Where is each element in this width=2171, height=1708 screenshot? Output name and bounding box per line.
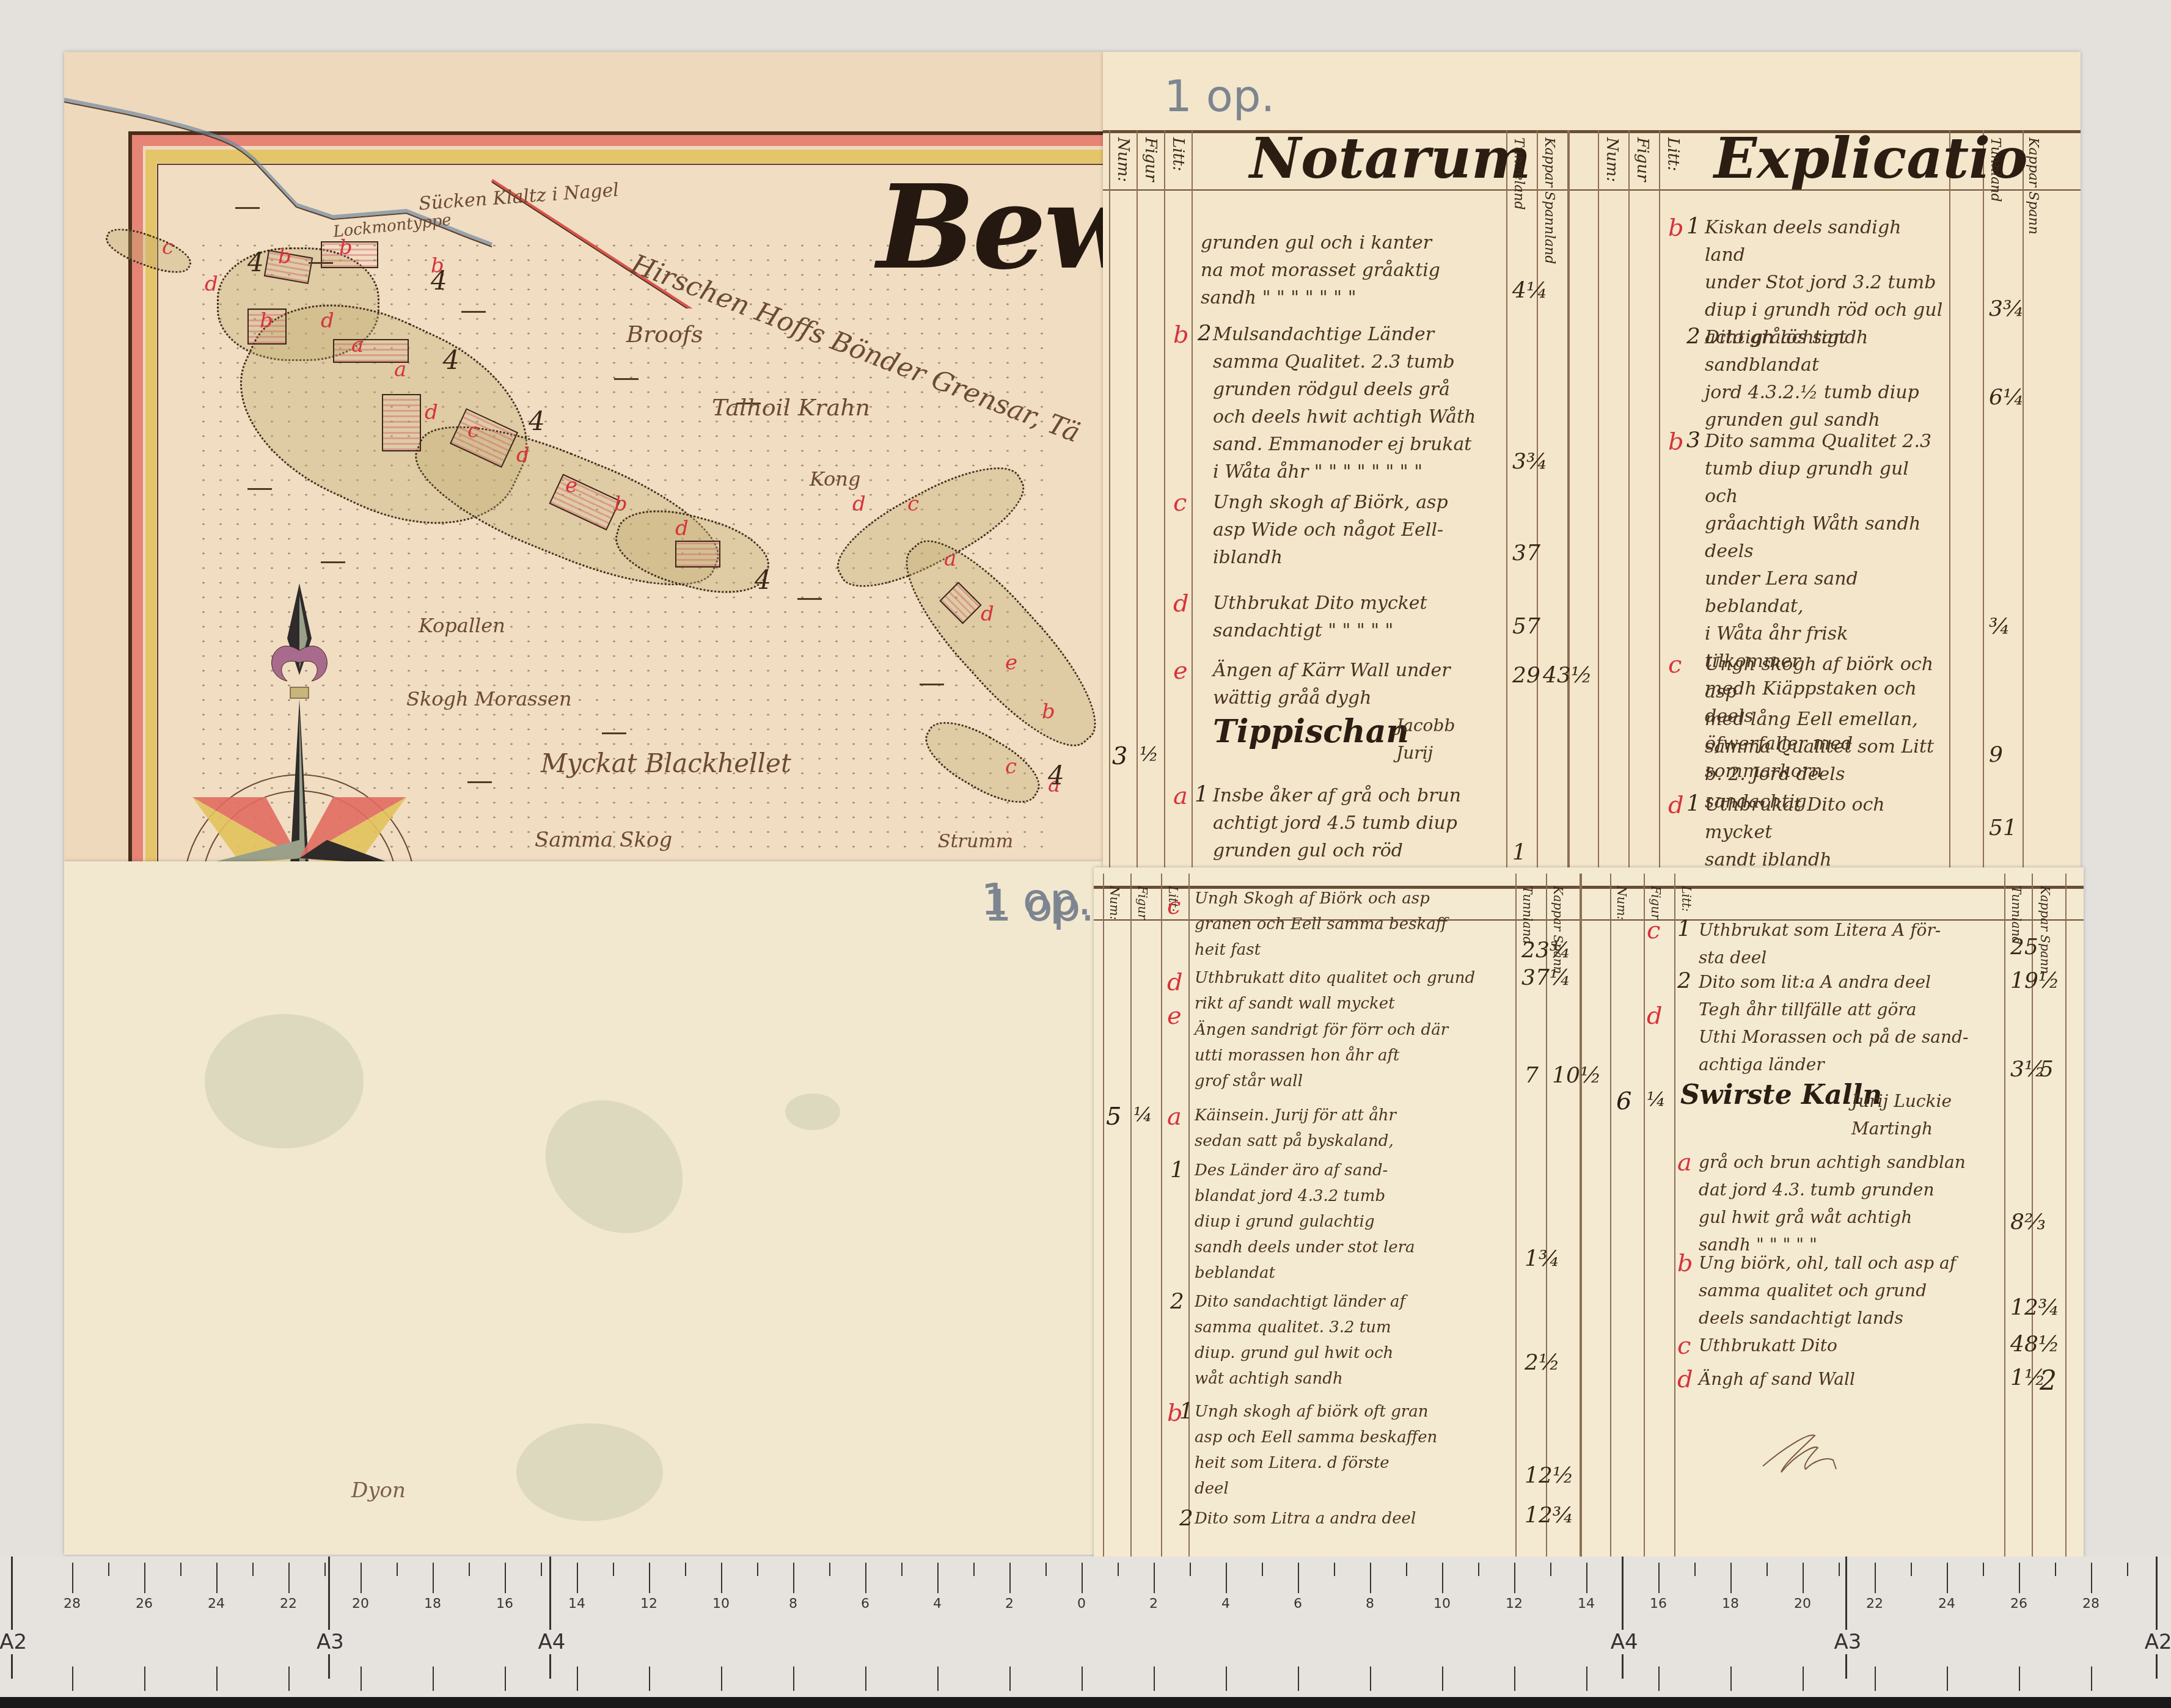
plot-letter: c	[467, 418, 479, 443]
map-label: Talhoil Krahn	[712, 394, 870, 421]
ruler-number: 14	[568, 1596, 585, 1611]
ruler-tick	[1514, 1563, 1515, 1593]
ruler-tick-minor	[469, 1563, 470, 1576]
ruler-number: 22	[1866, 1596, 1883, 1611]
ruler-number: 20	[352, 1596, 369, 1611]
header-kappar: Kappar Spannland	[1542, 137, 1557, 264]
section-name: Tippischan	[1213, 718, 1409, 750]
marsh-symbol	[920, 675, 944, 685]
ruler-paper-size-label: A4	[1611, 1630, 1638, 1654]
faint-text: Dyon	[351, 1478, 406, 1503]
ledger-entry: Ungh Skogh af Biörk och asp granen och E…	[1195, 886, 1506, 963]
ruler-tick	[577, 1666, 578, 1691]
header-num: Num:	[1114, 137, 1132, 182]
ruler-tick	[433, 1563, 434, 1593]
ruler-tick	[1442, 1563, 1443, 1593]
map-sheet: Bewer, b b b b c d d a a d c d e b d d c…	[64, 52, 1103, 861]
ruler-tick-minor	[397, 1563, 398, 1576]
ruler-tick	[793, 1666, 794, 1691]
entry-letter: a	[1173, 782, 1188, 810]
plot-number: 4	[443, 345, 459, 375]
ruler-number: 6	[1294, 1596, 1302, 1611]
entry-value-secondary: 10½	[1552, 1063, 1602, 1088]
ledger-entry: Mulsandachtige Länder samma Qualitet. 2.…	[1213, 321, 1500, 486]
plot-letter: c	[162, 235, 174, 260]
ruler-tick	[1875, 1666, 1876, 1691]
entry-number: 2	[1198, 321, 1212, 346]
ruler-tick-minor	[252, 1563, 254, 1576]
entry-value: 1¾	[1525, 1246, 1560, 1271]
ruler-tick	[216, 1666, 218, 1691]
entry-letter: d	[1668, 791, 1684, 819]
column-rule	[1949, 130, 1950, 867]
plot-letter: b	[614, 492, 628, 516]
marsh-symbol	[321, 553, 345, 563]
ruler-number: 8	[789, 1596, 797, 1611]
marsh-symbol	[247, 480, 272, 490]
header-figur: Figur	[1135, 886, 1150, 920]
column-rule	[1515, 874, 1517, 1558]
ruler-tick	[937, 1666, 939, 1691]
ruler-tick-minor	[1190, 1563, 1191, 1576]
ruler-tick-minor	[1262, 1563, 1263, 1576]
entry-letter: c	[1677, 1332, 1691, 1360]
ruler-paper-size-mark	[1622, 1557, 1624, 1679]
plot-letter: a	[944, 547, 956, 571]
ruler-tick	[1298, 1563, 1299, 1593]
ruler-tick	[2091, 1563, 2092, 1593]
ruler-tick-minor	[1478, 1563, 1479, 1576]
ruler-tick-minor	[324, 1563, 326, 1576]
entry-value: 48½	[2010, 1332, 2060, 1357]
ruler-number: 2	[1005, 1596, 1014, 1611]
plot-letter: e	[1005, 651, 1017, 675]
ledger-entry: Dito som Litra a andra deel	[1195, 1506, 1506, 1531]
plot-letter: d	[425, 400, 438, 425]
entry-number: 1	[1686, 214, 1701, 239]
ruler-tick-minor	[1045, 1563, 1047, 1576]
entry-value-secondary: 5	[2040, 1057, 2054, 1082]
ruler-number: 26	[2010, 1596, 2027, 1611]
plot-number: 4	[247, 247, 264, 277]
ruler-tick	[144, 1563, 145, 1593]
measurement-ruler: 2826242220181614121086420246810121416182…	[0, 1557, 2171, 1697]
ruler-tick	[1803, 1563, 1804, 1593]
plot-letter: b	[1042, 699, 1055, 724]
section-fraction: ½	[1140, 742, 1159, 765]
ruler-tick	[433, 1666, 434, 1691]
plot-number: 4	[1048, 761, 1064, 790]
header-num-right: Num:	[1614, 886, 1629, 920]
ruler-number: 6	[861, 1596, 869, 1611]
ruler-paper-size-label: A3	[1834, 1630, 1862, 1654]
ruler-number: 24	[1938, 1596, 1955, 1611]
ruler-tick	[1514, 1666, 1515, 1691]
ruler-number: 10	[712, 1596, 730, 1611]
column-rule	[1161, 874, 1162, 1558]
column-rule	[1610, 874, 1611, 1558]
ruler-tick-minor	[973, 1563, 975, 1576]
ruler-number: 18	[1722, 1596, 1739, 1611]
field-plot	[382, 394, 421, 451]
ruler-tick	[865, 1563, 866, 1593]
entry-letter: c	[1173, 489, 1187, 517]
ruler-number: 28	[2082, 1596, 2100, 1611]
ledger-entry: Ängen af Kärr Wall under wättig gråå dyg…	[1213, 657, 1500, 712]
ruler-paper-size-mark	[1845, 1557, 1847, 1679]
scanner-edge	[0, 1697, 2171, 1708]
ruler-number: 26	[136, 1596, 153, 1611]
ruler-tick-minor	[1118, 1563, 1119, 1576]
entry-value: 6¼	[1989, 385, 2024, 410]
header-notarum: Notarum	[1250, 125, 1531, 191]
ledger-sheet-bottom: 1 op. Num: Figur Litt: Tunnland Kappar S…	[1094, 867, 2084, 1558]
header-figur: Figur	[1141, 137, 1160, 181]
entry-number: 1	[1179, 1399, 1193, 1424]
ledger-entry: Uthbrukat Dito och mycket sandt iblandh	[1705, 791, 1943, 874]
ruler-tick	[1370, 1563, 1371, 1593]
ruler-tick	[1730, 1563, 1732, 1593]
ruler-tick	[1730, 1666, 1732, 1691]
ruler-tick-minor	[757, 1563, 758, 1576]
marsh-symbol	[309, 254, 333, 264]
header-kappar-right: Kappar Spann	[2038, 886, 2052, 974]
entry-letter: a	[1677, 1148, 1692, 1177]
entry-letter: c	[1167, 892, 1181, 920]
column-rule	[1580, 874, 1582, 1558]
entry-value: 12¾	[2010, 1295, 2060, 1320]
ledger-entry: Uthbrukat som Litera A för- sta deel	[1699, 916, 1998, 971]
ruler-tick	[361, 1666, 362, 1691]
ruler-tick	[1226, 1563, 1227, 1593]
ruler-tick-minor	[2055, 1563, 2056, 1576]
column-rule	[1659, 130, 1660, 867]
entry-value-secondary: 43½	[1543, 663, 1592, 688]
pencil-sheet-number: 1 op.	[984, 880, 1094, 931]
entry-number: 1	[1686, 791, 1701, 816]
ledger-entry: Uthbrukatt dito qualitet och grund rikt …	[1195, 965, 1506, 1016]
entry-value: 9	[1989, 742, 2003, 767]
ruler-tick-minor	[1550, 1563, 1551, 1576]
ruler-tick	[1298, 1666, 1299, 1691]
header-litt-right: Litt:	[1664, 137, 1682, 171]
ruler-paper-size-label: A4	[538, 1630, 565, 1654]
plot-letter: b	[278, 244, 291, 269]
header-figur-right: Figur	[1633, 137, 1652, 181]
header-explicatio: Explicatio	[1714, 125, 2028, 191]
ruler-tick	[505, 1666, 506, 1691]
entry-value: 3¾	[1989, 296, 2024, 321]
section-owners: Jacobb Jurij	[1396, 712, 1455, 767]
ruler-paper-size-label: A2	[0, 1630, 27, 1654]
entry-number: 2	[1179, 1506, 1193, 1531]
ruler-number: 14	[1578, 1596, 1595, 1611]
ruler-tick	[2019, 1666, 2020, 1691]
column-rule	[1567, 130, 1570, 867]
header-litt: Litt:	[1169, 137, 1187, 171]
ledger-sheet-top: 1 op. Num: Figur Litt: Notarum Tunneland…	[1103, 52, 2081, 867]
ledger-entry: Dito som lit:a A andra deel	[1699, 968, 1998, 996]
column-rule	[1137, 130, 1138, 867]
water-stain	[205, 1014, 364, 1148]
ruler-tick-minor	[685, 1563, 686, 1576]
ruler-tick-minor	[1334, 1563, 1335, 1576]
plot-number: 4	[755, 565, 771, 595]
header-num: Num:	[1107, 886, 1122, 920]
ledger-entry: Dito sandachtigt länder af samma qualite…	[1195, 1289, 1506, 1392]
plot-letter: e	[565, 473, 577, 498]
entry-value: 7	[1525, 1063, 1539, 1088]
entry-letter: b	[1668, 214, 1684, 242]
marsh-symbol	[797, 589, 822, 600]
ruler-tick	[1586, 1666, 1587, 1691]
ledger-entry: grå och brun achtigh sandblan dat jord 4…	[1699, 1148, 1998, 1258]
column-rule	[1192, 130, 1193, 867]
ruler-tick	[793, 1563, 794, 1593]
header-num-right: Num:	[1603, 137, 1621, 182]
entry-value: 12½	[1525, 1463, 1574, 1488]
column-rule	[1109, 130, 1110, 867]
entry-letter: d	[1677, 1365, 1693, 1393]
column-rule	[1506, 130, 1507, 867]
ruler-tick-minor	[108, 1563, 109, 1576]
entry-value: 8⅔	[2010, 1210, 2046, 1235]
ruler-tick	[72, 1563, 73, 1593]
ruler-tick-minor	[613, 1563, 614, 1576]
ruler-tick-minor	[1766, 1563, 1768, 1576]
entry-letter: d	[1647, 1002, 1663, 1030]
marsh-symbol	[467, 773, 492, 783]
entry-value: 51	[1989, 816, 2017, 841]
section-figur: 3	[1112, 742, 1127, 770]
ruler-paper-size-mark	[2156, 1557, 2158, 1679]
column-rule	[1598, 130, 1599, 867]
marsh-symbol	[461, 302, 486, 313]
ruler-number: 0	[1077, 1596, 1086, 1611]
ruler-tick-minor	[541, 1563, 542, 1576]
header-litt-right: Litt:	[1679, 886, 1694, 912]
ruler-number: 12	[640, 1596, 657, 1611]
header-tunnland: Tunnland	[1520, 886, 1535, 944]
ruler-tick	[649, 1666, 650, 1691]
entry-letter: d	[1173, 589, 1189, 618]
ruler-tick	[72, 1666, 73, 1691]
entry-letter: d	[1167, 968, 1183, 996]
ruler-number: 8	[1366, 1596, 1374, 1611]
ruler-tick	[1875, 1563, 1876, 1593]
ledger-entry: Insbe åker af grå och brun achtigt jord …	[1213, 782, 1500, 864]
section-fraction: ¼	[1647, 1087, 1666, 1111]
plot-letter: d	[675, 516, 689, 541]
plot-letter: d	[516, 443, 530, 467]
entry-number: 3	[1686, 428, 1701, 453]
entry-value: 1	[1512, 840, 1526, 865]
ruler-tick	[1947, 1666, 1948, 1691]
header-tunnland-right: Tunnland	[1988, 137, 2003, 202]
ruler-paper-size-label: A3	[317, 1630, 344, 1654]
entry-number: 1	[1677, 916, 1691, 941]
ruler-tick-minor	[1911, 1563, 1912, 1576]
entry-value: ¾	[1989, 614, 2010, 639]
ledger-entry: Des Länder äro af sand- blandat jord 4.3…	[1195, 1158, 1506, 1286]
ruler-tick	[1154, 1563, 1155, 1593]
ledger-entry: Uthbrukatt Dito	[1699, 1332, 1998, 1359]
map-label: Broofs	[626, 321, 703, 348]
ruler-tick	[1226, 1666, 1227, 1691]
plot-letter: c	[907, 492, 919, 516]
pencil-sheet-number: 1 op.	[1164, 70, 1275, 122]
column-rule	[1164, 130, 1165, 867]
ruler-tick	[1658, 1563, 1660, 1593]
ledger-entry: Ungh skogh af Biörk, asp asp Wide och nå…	[1213, 489, 1500, 571]
ruler-number: 12	[1506, 1596, 1523, 1611]
ruler-tick-minor	[1839, 1563, 1840, 1576]
ruler-number: 2	[1149, 1596, 1158, 1611]
column-rule	[1983, 130, 1984, 867]
marsh-symbol	[235, 199, 260, 209]
ruler-tick	[1082, 1666, 1083, 1691]
ruler-tick	[1442, 1666, 1443, 1691]
column-rule	[2023, 130, 2024, 867]
ruler-tick	[1009, 1666, 1011, 1691]
entry-letter: c	[1668, 651, 1682, 679]
plot-letter: a	[394, 357, 406, 382]
ruler-tick	[937, 1563, 939, 1593]
ledger-entry: Uthbrukat Dito mycket sandachtigt " " " …	[1213, 589, 1500, 644]
ruler-tick-minor	[2127, 1563, 2128, 1576]
ruler-number: 22	[280, 1596, 297, 1611]
entry-value: 4¼	[1512, 278, 1548, 303]
section-fraction: ¼	[1133, 1103, 1152, 1126]
map-label: Skogh Morassen	[406, 687, 572, 710]
entry-number: 2	[1677, 968, 1691, 993]
marsh-symbol	[614, 370, 639, 380]
ledger-entry: Dito gråachtigt sandblandat jord 4.3.2.½…	[1705, 324, 1943, 434]
entry-value-secondary: 2	[2040, 1365, 2057, 1396]
entry-value: 25	[2010, 935, 2038, 960]
ruler-tick	[1803, 1666, 1804, 1691]
entry-letter: a	[1167, 1103, 1182, 1131]
entry-value: 19½	[2010, 968, 2060, 993]
ruler-number: 24	[208, 1596, 225, 1611]
water-stain	[785, 1093, 840, 1130]
plot-letter: d	[852, 492, 866, 516]
water-stain	[519, 1073, 709, 1260]
ruler-number: 28	[64, 1596, 81, 1611]
ruler-tick	[288, 1563, 290, 1593]
plot-letter: b	[260, 308, 273, 333]
ruler-number: 10	[1433, 1596, 1451, 1611]
plot-letter: a	[351, 333, 364, 357]
section-figur: 6	[1616, 1087, 1631, 1115]
map-label: Strumm	[938, 831, 1013, 852]
header-figur-right: Figur	[1649, 886, 1663, 920]
entry-value: 37	[1512, 541, 1540, 566]
header-kappar-right: Kappar Spann	[2026, 137, 2041, 235]
column-rule	[1537, 130, 1538, 867]
column-rule	[1674, 874, 1675, 1558]
entry-letter: e	[1167, 1002, 1182, 1030]
ruler-tick	[1586, 1563, 1587, 1593]
map-label: Myckat Blackhellet	[541, 748, 791, 778]
ruler-paper-size-mark	[328, 1557, 330, 1679]
entry-value: 2½	[1525, 1350, 1560, 1375]
ledger-entry: Käinsein. Jurij för att åhr sedan satt p…	[1195, 1103, 1506, 1154]
section-figur: 5	[1106, 1103, 1121, 1131]
ruler-tick	[505, 1563, 506, 1593]
ruler-tick	[1009, 1563, 1011, 1593]
entry-number: 1	[1170, 1158, 1184, 1183]
ruler-tick-minor	[901, 1563, 902, 1576]
ledger-entry: grunden gul och i kanter na mot morasset…	[1201, 229, 1494, 312]
ruler-number: 20	[1794, 1596, 1811, 1611]
column-rule	[1130, 874, 1132, 1558]
entry-letter: e	[1173, 657, 1188, 685]
column-rule	[1628, 130, 1630, 867]
ruler-tick	[1658, 1666, 1660, 1691]
entry-letter: b	[1677, 1249, 1693, 1277]
map-label: Kong	[810, 467, 860, 491]
ruler-tick	[1370, 1666, 1371, 1691]
entry-number: 2	[1686, 324, 1701, 349]
column-rule	[1103, 874, 1104, 1558]
ruler-tick	[288, 1666, 290, 1691]
ruler-tick-minor	[1983, 1563, 1984, 1576]
marsh-symbol	[602, 724, 626, 734]
ruler-tick	[1154, 1666, 1155, 1691]
ledger-entry: Tegh åhr tillfälle att göra Uthi Morasse…	[1699, 996, 1998, 1078]
plot-number: 4	[431, 266, 447, 296]
entry-value: 12¾	[1525, 1503, 1574, 1528]
ruler-tick-minor	[180, 1563, 181, 1576]
ruler-tick	[721, 1666, 722, 1691]
ruler-tick	[721, 1563, 722, 1593]
ruler-tick-minor	[1406, 1563, 1407, 1576]
ruler-number: 16	[1650, 1596, 1667, 1611]
ruler-number: 4	[1221, 1596, 1230, 1611]
ledger-entry: Ungh skogh af biörk oft gran asp och Eel…	[1195, 1399, 1506, 1502]
entry-value: 57	[1512, 614, 1540, 639]
column-rule	[1644, 874, 1645, 1558]
ledger-entry: Ängh af sand Wall	[1699, 1365, 1998, 1393]
ruler-tick	[361, 1563, 362, 1593]
plot-letter: d	[321, 308, 334, 333]
ledger-entry: Ängen sandrigt för förr och där utti mor…	[1195, 1017, 1506, 1094]
map-label: Samma Skog	[535, 828, 672, 852]
ruler-paper-size-label: A2	[2145, 1630, 2171, 1654]
entry-number: 2	[1170, 1289, 1184, 1314]
ruler-tick	[144, 1666, 145, 1691]
ledger-entry: Ung biörk, ohl, tall och asp af samma qu…	[1699, 1249, 1998, 1332]
map-label: Kopallen	[419, 614, 505, 637]
ruler-tick	[577, 1563, 578, 1593]
ruler-tick	[2019, 1563, 2020, 1593]
entry-value: 23¾	[1521, 938, 1571, 963]
ruler-number: 18	[424, 1596, 441, 1611]
column-rule	[2004, 874, 2005, 1558]
entry-number: 1	[1195, 782, 1209, 807]
entry-letter: b	[1668, 428, 1684, 456]
plot-letter: d	[205, 272, 218, 296]
section-name-text: Tippischan	[1213, 713, 1409, 750]
ruler-number: 16	[496, 1596, 513, 1611]
ruler-number: 4	[933, 1596, 942, 1611]
ruler-tick	[216, 1563, 218, 1593]
plot-letter: c	[1005, 754, 1017, 779]
ruler-tick	[2091, 1666, 2092, 1691]
signature-flourish-icon	[1760, 1429, 1845, 1478]
compass-rose-icon	[168, 583, 431, 864]
